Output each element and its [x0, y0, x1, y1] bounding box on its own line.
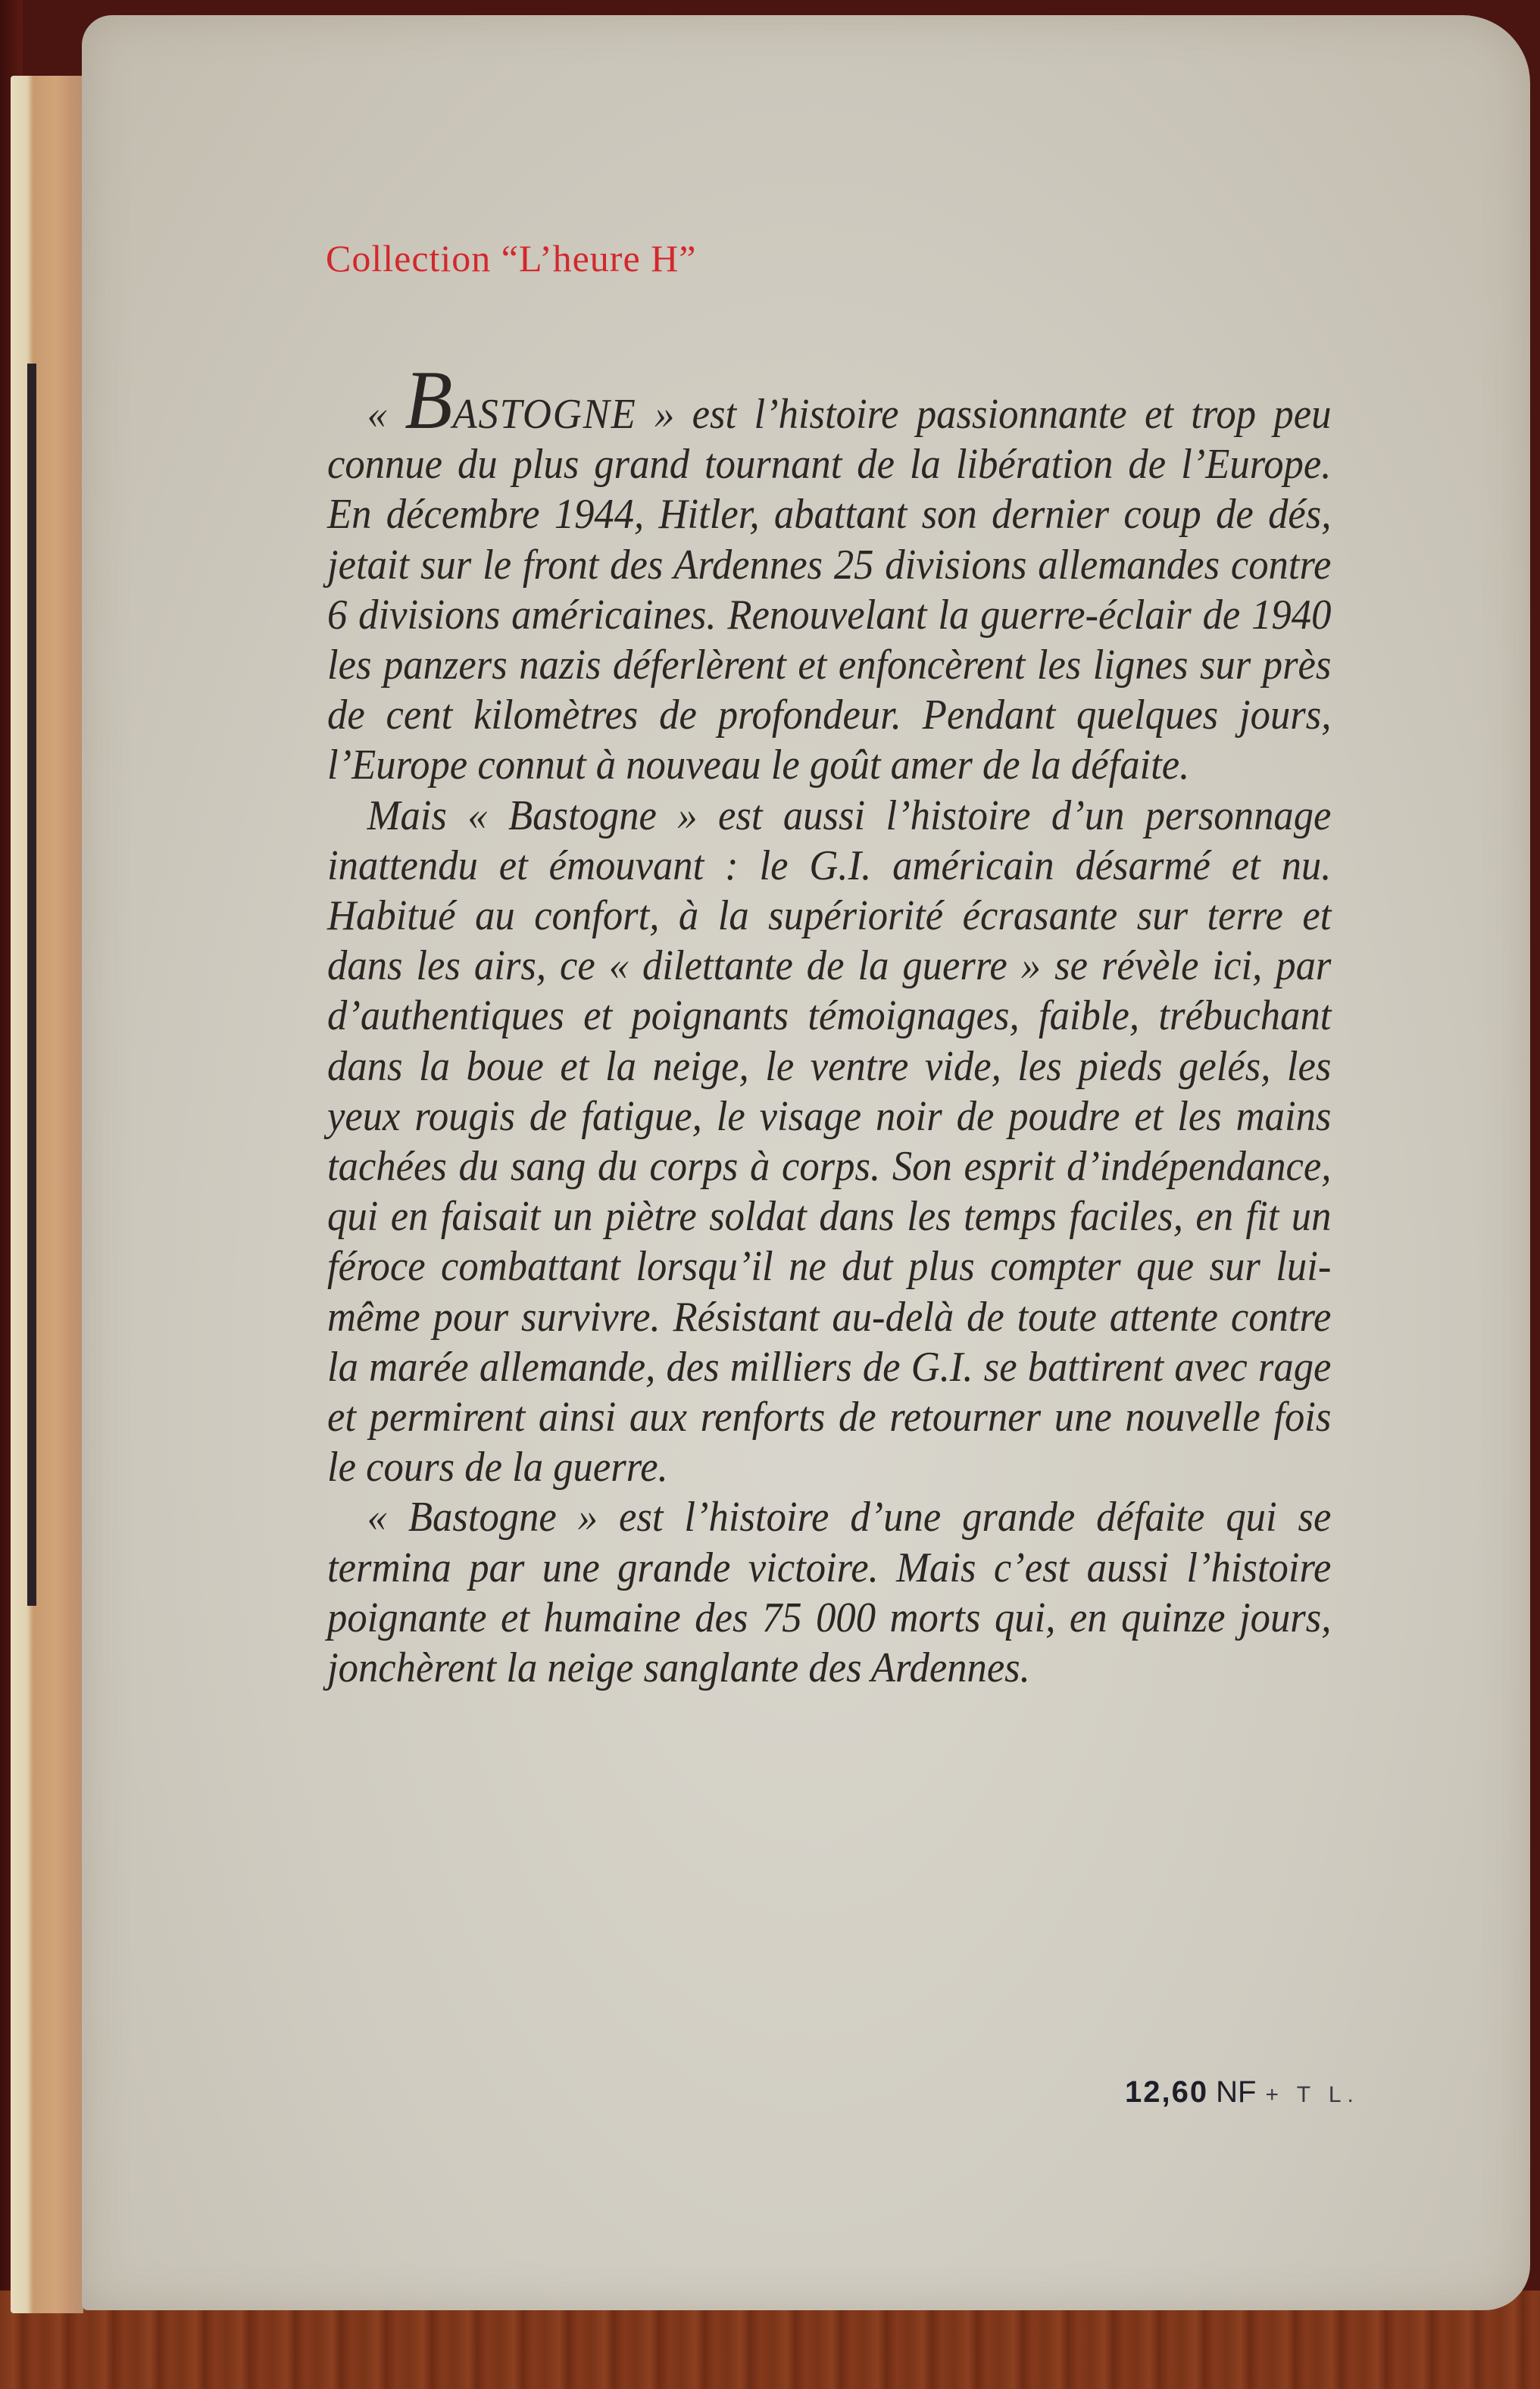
blurb-text: « BASTOGNE » est l’histoire passionnante… — [327, 385, 1331, 1693]
price-tax: + T L. — [1265, 2082, 1359, 2107]
book-title-rest: ASTOGNE — [452, 391, 636, 438]
blurb-paragraph-1: « BASTOGNE » est l’histoire passionnante… — [327, 385, 1331, 791]
price-amount: 12,60 — [1125, 2075, 1208, 2109]
collection-label: Collection “L’heure H” — [326, 236, 696, 280]
blurb-paragraph-2: Mais « Bastogne » est aussi l’histoire d… — [327, 791, 1331, 1493]
spine-dark-strip — [27, 364, 36, 1606]
book-spine-edge — [11, 76, 83, 2313]
price-label: 12,60NF+ T L. — [1125, 2075, 1360, 2110]
paragraph-1-text: » est l’histoire passionnante et trop pe… — [327, 391, 1331, 789]
price-currency: NF — [1216, 2075, 1256, 2109]
blurb-paragraph-3: « Bastogne » est l’histoire d’une grande… — [327, 1492, 1331, 1693]
drop-cap: B — [405, 354, 452, 446]
open-quote: « — [367, 391, 405, 438]
